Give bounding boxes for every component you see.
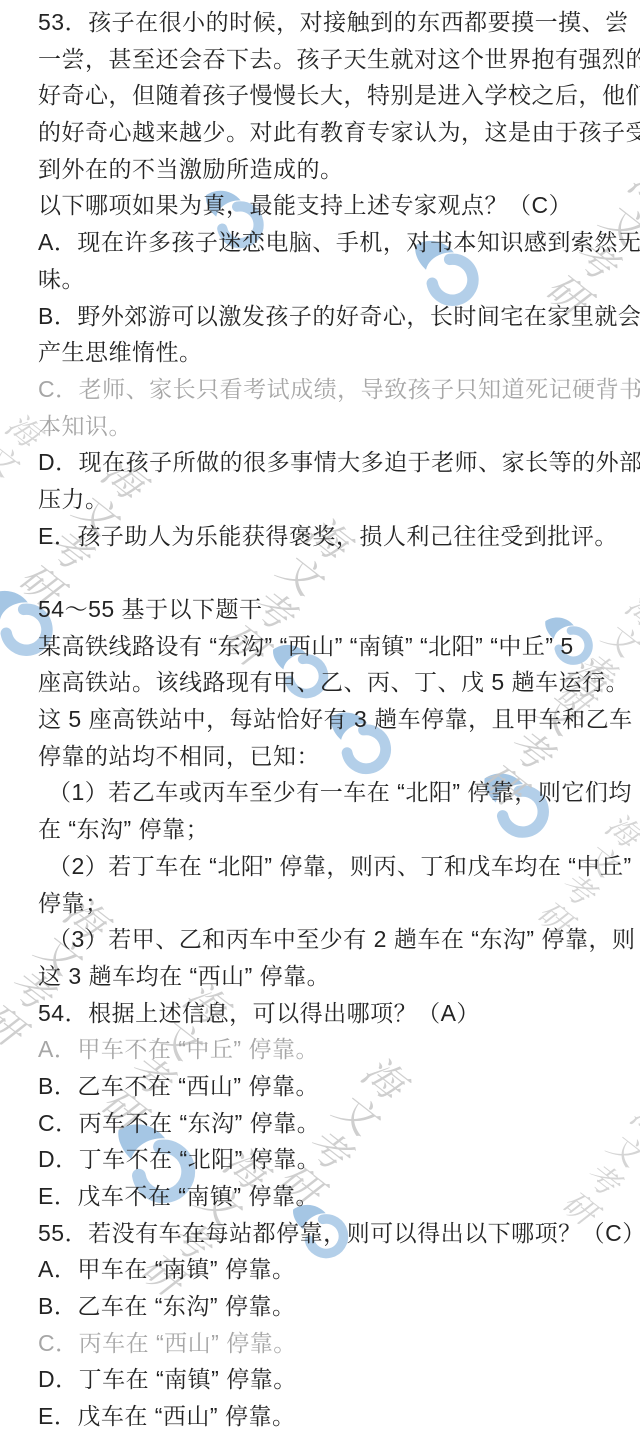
condition-2-line: （2）若丁车在 “北阳” 停靠，则丙、丁和戊车均在 “中丘” — [38, 848, 630, 885]
q55-option-e-line: E．戊车在 “西山” 停靠。 — [38, 1398, 630, 1435]
q53-option-d-line: 压力。 — [38, 481, 630, 518]
q53-stem-line: 一尝，甚至还会吞下去。孩子天生就对这个世界抱有强烈的 — [38, 41, 630, 78]
condition-2-line: 停靠； — [38, 885, 630, 922]
q53-option-a-line: 味。 — [38, 261, 630, 298]
q53-option-c-line: C．老师、家长只看考试成绩，导致孩子只知道死记硬背书 — [38, 371, 630, 408]
group-stem-line: 某高铁线路设有 “东沟” “西山” “南镇” “北阳” “中丘” 5 — [38, 628, 630, 665]
q53-option-b-line: B．野外郊游可以激发孩子的好奇心，长时间宅在家里就会 — [38, 298, 630, 335]
q53-option-c-line: 本知识。 — [38, 408, 630, 445]
group-stem-line: 座高铁站。该线路现有甲、乙、丙、丁、戊 5 趟车运行。 — [38, 664, 630, 701]
q54-option-a-line: A．甲车不在 “中丘” 停靠。 — [38, 1031, 630, 1068]
q53-stem-line: 到外在的不当激励所造成的。 — [38, 151, 630, 188]
group-stem-line: 这 5 座高铁站中，每站恰好有 3 趟车停靠，且甲车和乙车 — [38, 701, 630, 738]
q53-question-prompt: 以下哪项如果为真，最能支持上述专家观点？（C） — [38, 187, 630, 224]
condition-1-line: （1）若乙车或丙车至少有一车在 “北阳” 停靠，则它们均 — [38, 774, 630, 811]
condition-3-line: 这 3 趟车均在 “西山” 停靠。 — [38, 958, 630, 995]
condition-3-line: （3）若甲、乙和丙车中至少有 2 趟车在 “东沟” 停靠，则 — [38, 921, 630, 958]
q55-option-d-line: D．丁车在 “南镇” 停靠。 — [38, 1361, 630, 1398]
q54-option-c-line: C．丙车不在 “东沟” 停靠。 — [38, 1105, 630, 1142]
q53-stem-line: 53．孩子在很小的时候，对接触到的东西都要摸一摸、尝 — [38, 4, 630, 41]
q54-question-prompt: 54．根据上述信息，可以得出哪项？（A） — [38, 995, 630, 1032]
group-54-55-header: 54～55 基于以下题干 — [38, 591, 630, 628]
exam-page: 53．孩子在很小的时候，对接触到的东西都要摸一摸、尝 一尝，甚至还会吞下去。孩子… — [0, 0, 640, 1435]
q53-stem-line: 的好奇心越来越少。对此有教育专家认为，这是由于孩子受 — [38, 114, 630, 151]
q55-question-prompt: 55．若没有车在每站都停靠，则可以得出以下哪项？（C） — [38, 1215, 630, 1252]
q53-stem-line: 好奇心，但随着孩子慢慢长大，特别是进入学校之后，他们 — [38, 77, 630, 114]
condition-1-line: 在 “东沟” 停靠； — [38, 811, 630, 848]
group-stem-line: 停靠的站均不相同，已知： — [38, 738, 630, 775]
q53-option-a-line: A．现在许多孩子迷恋电脑、手机，对书本知识感到索然无 — [38, 224, 630, 261]
q53-option-e-line: E．孩子助人为乐能获得褒奖，损人利己往往受到批评。 — [38, 518, 630, 555]
q55-option-b-line: B．乙车在 “东沟” 停靠。 — [38, 1288, 630, 1325]
q53-option-d-line: D．现在孩子所做的很多事情大多迫于老师、家长等的外部 — [38, 444, 630, 481]
q54-option-d-line: D．丁车不在 “北阳” 停靠。 — [38, 1141, 630, 1178]
q54-option-b-line: B．乙车不在 “西山” 停靠。 — [38, 1068, 630, 1105]
q53-option-b-line: 产生思维惰性。 — [38, 334, 630, 371]
q55-option-c-line: C．丙车在 “西山” 停靠。 — [38, 1325, 630, 1362]
q54-option-e-line: E．戊车不在 “南镇” 停靠。 — [38, 1178, 630, 1215]
q55-option-a-line: A．甲车在 “南镇” 停靠。 — [38, 1251, 630, 1288]
